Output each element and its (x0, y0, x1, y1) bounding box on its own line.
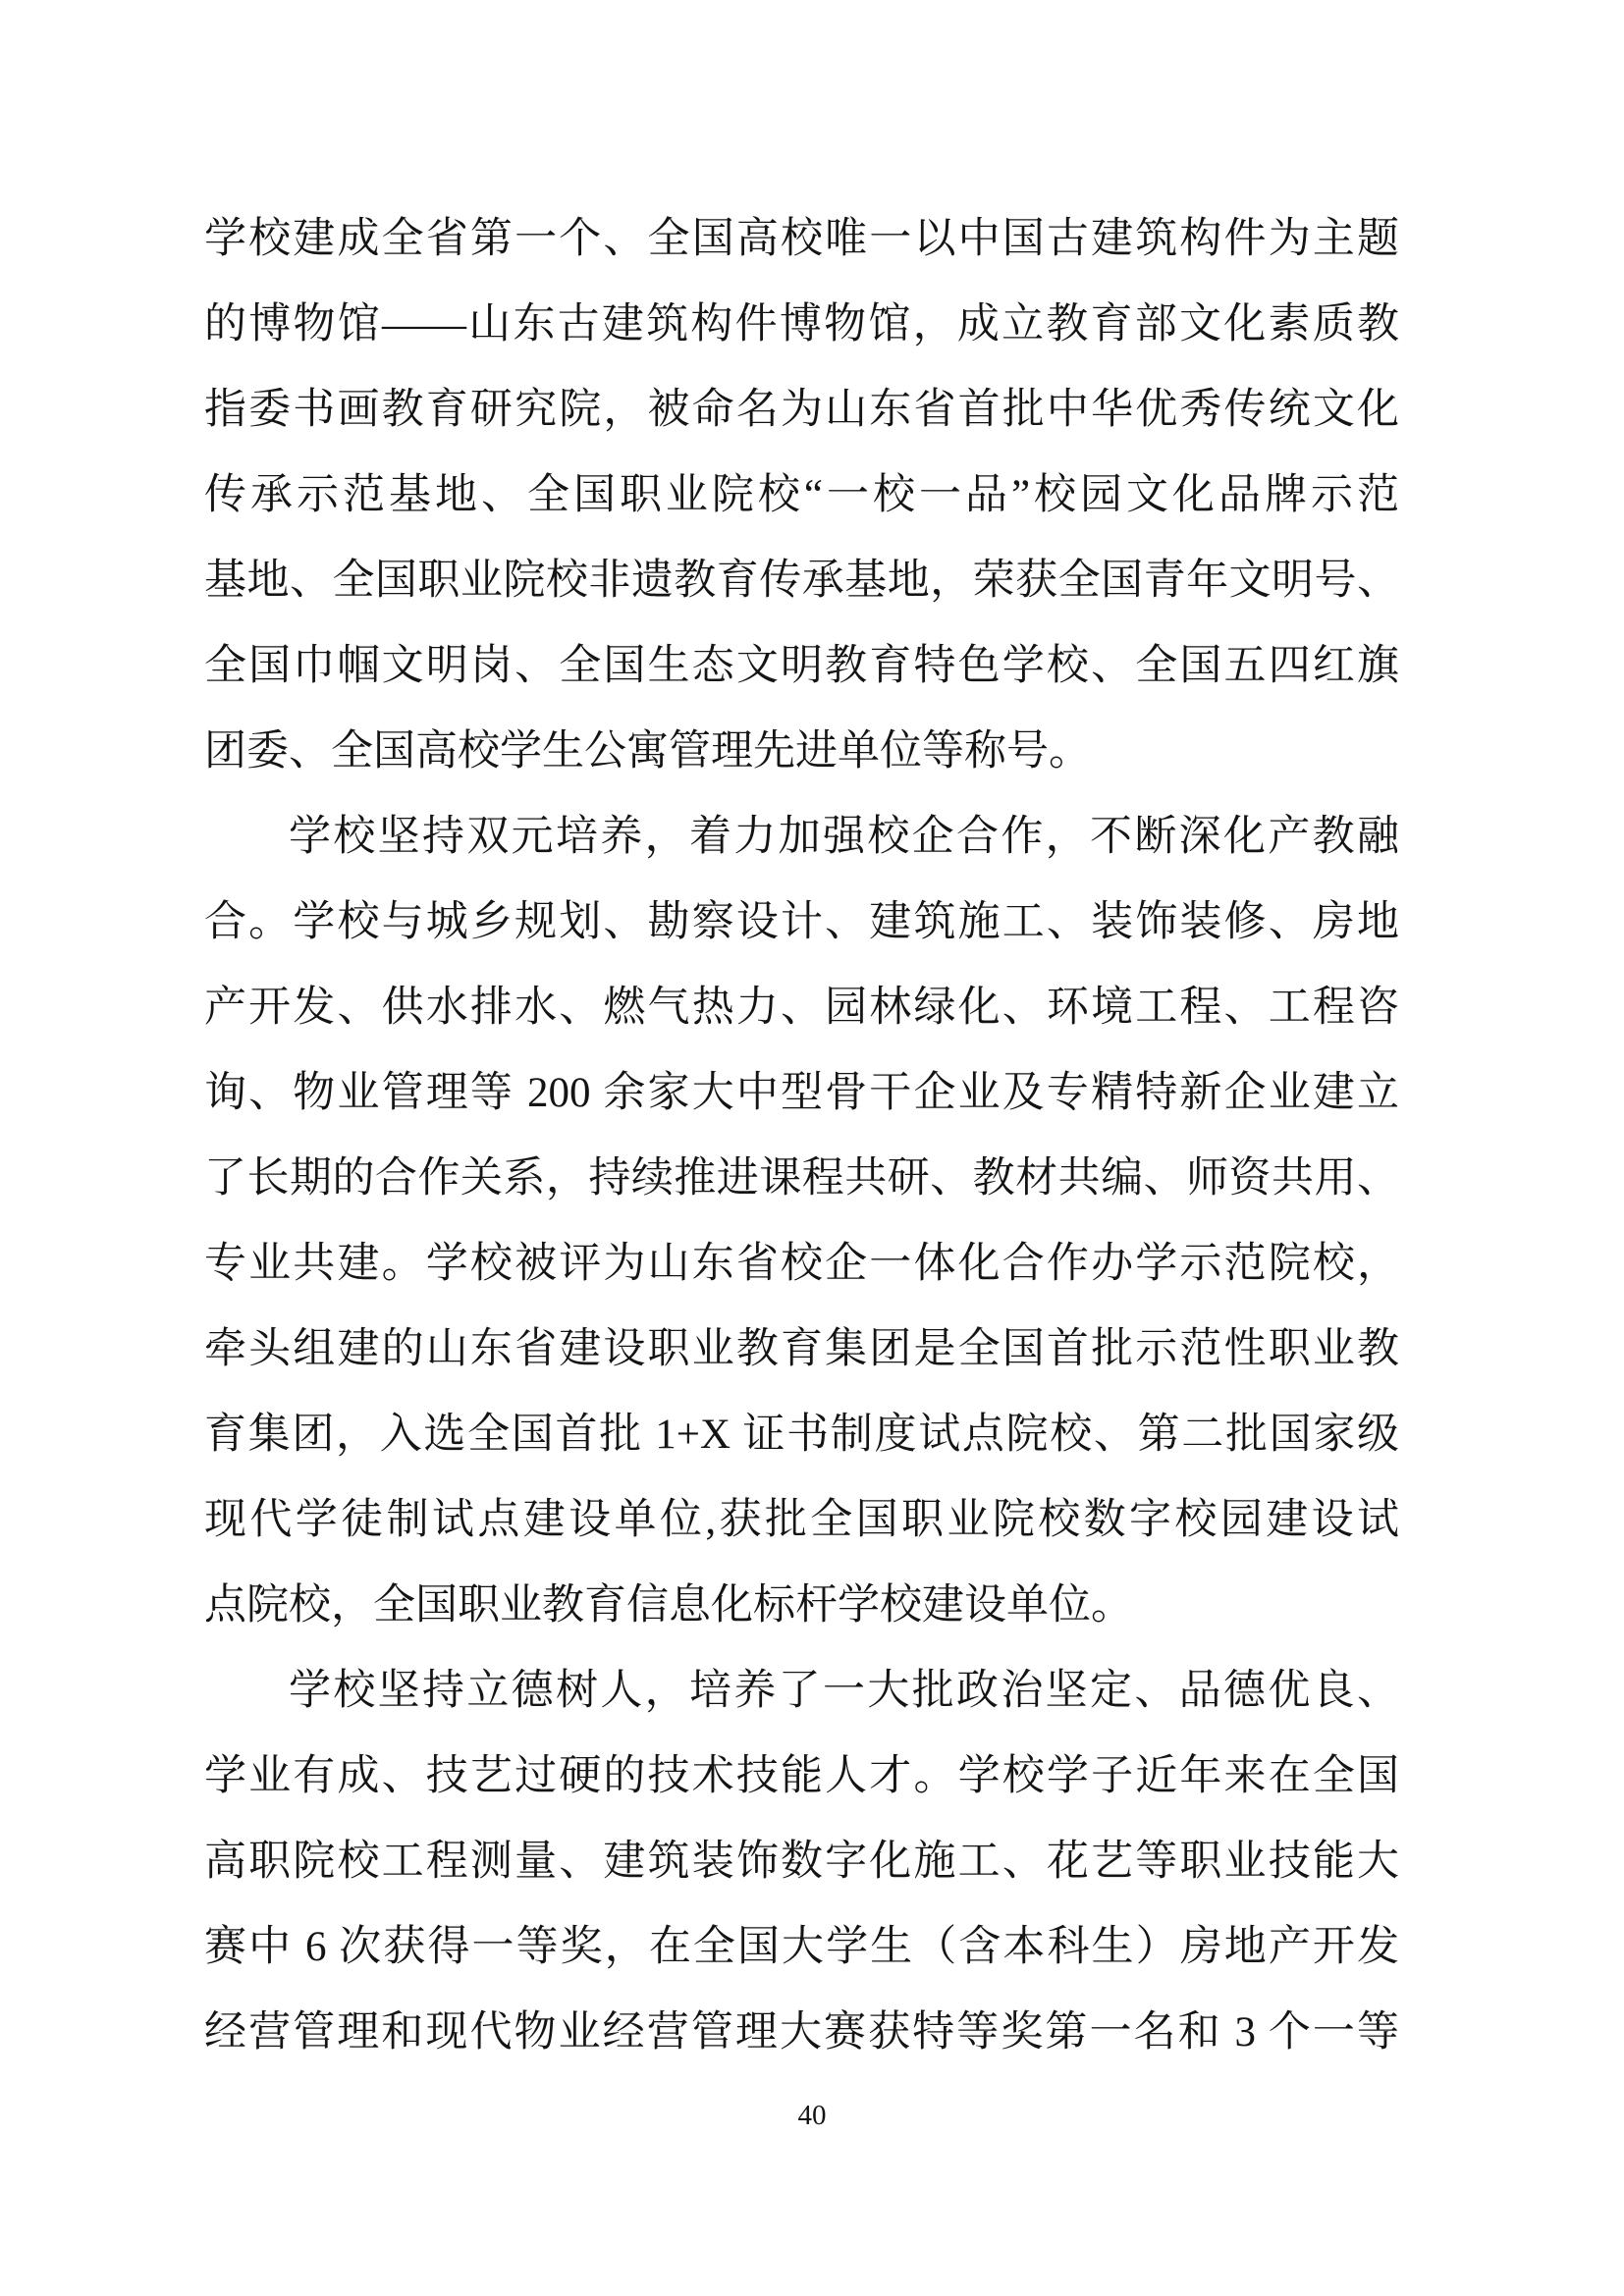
text-line: 指委书画教育研究院，被命名为山东省首批中华优秀传统文化 (204, 367, 1399, 453)
text-line: 学校坚持双元培养，着力加强校企合作，不断深化产教融 (204, 794, 1399, 880)
text-line: 现代学徒制试点建设单位,获批全国职业院校数字校园建设试 (204, 1477, 1399, 1563)
text-line: 牵头组建的山东省建设职业教育集团是全国首批示范性职业教 (204, 1307, 1399, 1392)
text-line: 学校建成全省第一个、全国高校唯一以中国古建筑构件为主题 (204, 196, 1399, 282)
text-line: 高职院校工程测量、建筑装饰数字化施工、花艺等职业技能大 (204, 1819, 1399, 1904)
text-line: 产开发、供水排水、燃气热力、园林绿化、环境工程、工程咨 (204, 965, 1399, 1050)
text-line: 赛中 6 次获得一等奖，在全国大学生（含本科生）房地产开发 (204, 1904, 1399, 1990)
text-line: 了长期的合作关系，持续推进课程共研、教材共编、师资共用、 (204, 1136, 1399, 1221)
text-line: 询、物业管理等 200 余家大中型骨干企业及专精特新企业建立 (204, 1050, 1399, 1136)
text-line: 团委、全国高校学生公寓管理先进单位等称号。 (204, 709, 1399, 794)
text-line: 经营管理和现代物业经营管理大赛获特等奖第一名和 3 个一等 (204, 1990, 1399, 2075)
text-line: 基地、全国职业院校非遗教育传承基地，荣获全国青年文明号、 (204, 538, 1399, 623)
text-line: 学业有成、技艺过硬的技术技能人才。学校学子近年来在全国 (204, 1734, 1399, 1819)
text-line: 的博物馆——山东古建筑构件博物馆，成立教育部文化素质教 (204, 282, 1399, 367)
page-number: 40 (0, 2099, 1624, 2132)
text-line: 点院校，全国职业教育信息化标杆学校建设单位。 (204, 1563, 1399, 1648)
text-line: 专业共建。学校被评为山东省校企一体化合作办学示范院校， (204, 1221, 1399, 1307)
document-page: 学校建成全省第一个、全国高校唯一以中国古建筑构件为主题 的博物馆——山东古建筑构… (0, 0, 1624, 2296)
body-text: 学校建成全省第一个、全国高校唯一以中国古建筑构件为主题 的博物馆——山东古建筑构… (204, 196, 1399, 2075)
text-line: 传承示范基地、全国职业院校“一校一品”校园文化品牌示范 (204, 453, 1399, 538)
text-line: 合。学校与城乡规划、勘察设计、建筑施工、装饰装修、房地 (204, 880, 1399, 965)
text-line: 育集团，入选全国首批 1+X 证书制度试点院校、第二批国家级 (204, 1392, 1399, 1477)
text-line: 全国巾帼文明岗、全国生态文明教育特色学校、全国五四红旗 (204, 623, 1399, 709)
text-line: 学校坚持立德树人，培养了一大批政治坚定、品德优良、 (204, 1648, 1399, 1734)
